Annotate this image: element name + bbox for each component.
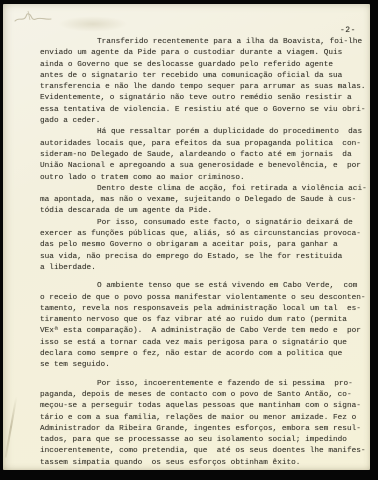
text-line: paganda, depois de meses de contacto com… [40,390,374,401]
text-line: a liberdade. [40,263,374,274]
paragraph-perseguicao-santo-antao: Por isso, incoerentemente e fazendo de s… [40,379,374,469]
text-line: meçou-se a perseguir todas aquelas pesso… [40,401,374,412]
text-line: sua vida, não precisa do emprego do Esta… [40,252,374,263]
text-line: das pelo mesmo Governo o obrigaram a ace… [40,240,374,251]
paragraph-transfer-boavista: Transferido recentemente para a ilha da … [40,37,374,127]
text-line: isso se está a tornar cada vez mais peri… [40,338,374,349]
text-line: VExª esta comparação). A administração d… [40,326,374,337]
text-line: tiramento nervoso que os faz vibrar até … [40,315,374,326]
document-page: -2- Transferido recentemente para a ilha… [3,4,370,470]
text-line: ma apontada, mas não o vexame, sujeitand… [40,195,374,206]
text-line: Há que ressaltar porém a duplicidade do … [40,127,374,138]
text-line: exercer as funções públicas que, aliás, … [40,229,374,240]
pencil-mark [13,8,61,28]
text-line: enviado um agente da Pide para o custodi… [40,48,374,59]
text-line: se tem seguido. [40,360,374,371]
paragraph-duplicidade-autoridades: Há que ressaltar porém a duplicidade do … [40,127,374,183]
text-line: outro lado o tratem como ao maior crimin… [40,173,374,184]
typewritten-text: Transferido recentemente para a ilha da … [40,37,374,469]
text-line: sideram-no Delegado de Saude, alardeando… [40,150,374,161]
text-line: transferencia e não lhe dando tempo sequ… [40,82,374,93]
text-line: tamento, revela nos responsaveis pela ad… [40,304,374,315]
text-line: Dentro deste clima de acção, foi retirad… [40,184,374,195]
text-line: declara como sempre o fez, não estar de … [40,349,374,360]
paragraph-funcoes-publicas: Por isso, consumado este facto, o signat… [40,218,374,274]
text-line: O ambiente tenso que se está vivendo em … [40,281,374,292]
paper-crease [5,396,18,457]
text-line: União Nacional e apregoando a sua genero… [40,161,374,172]
text-line: autoridades locais que, para efeitos da … [40,139,374,150]
text-line: tário e com a sua familia, relações de m… [40,413,374,424]
text-line: Por isso, consumado este facto, o signat… [40,218,374,229]
text-line: antes de o signatario ter recebido uma c… [40,71,374,82]
text-line: tódia descarada de um agente da Pide. [40,206,374,217]
text-line: Administrador da Ribeira Grande, ingente… [40,424,374,435]
text-line: Por isso, incoerentemente e fazendo de s… [40,379,374,390]
text-line: Evidentemente, o signatário não teve out… [40,93,374,104]
text-line: Transferido recentemente para a ilha da … [40,37,374,48]
text-line: o receio de que o povo possa manifestar … [40,293,374,304]
paragraph-clima-de-accao: Dentro deste clima de acção, foi retirad… [40,184,374,218]
text-line: tassem simpatia quando os seus esforços … [40,458,374,469]
text-line: essa tentativa de violencia. E resistiu … [40,105,374,116]
text-line: ainda o Governo que se deslocasse guarda… [40,60,374,71]
text-line: tados, para que se processasse ao seu is… [40,435,374,446]
scanned-document-view: -2- Transferido recentemente para a ilha… [0,0,378,480]
text-line: gado a ceder. [40,116,374,127]
text-line: incoerentemente, como pretendia, que até… [40,446,374,457]
paragraph-ambiente-cabo-verde: O ambiente tenso que se está vivendo em … [40,281,374,371]
paper-stain [58,16,128,32]
page-number: -2- [340,26,356,35]
